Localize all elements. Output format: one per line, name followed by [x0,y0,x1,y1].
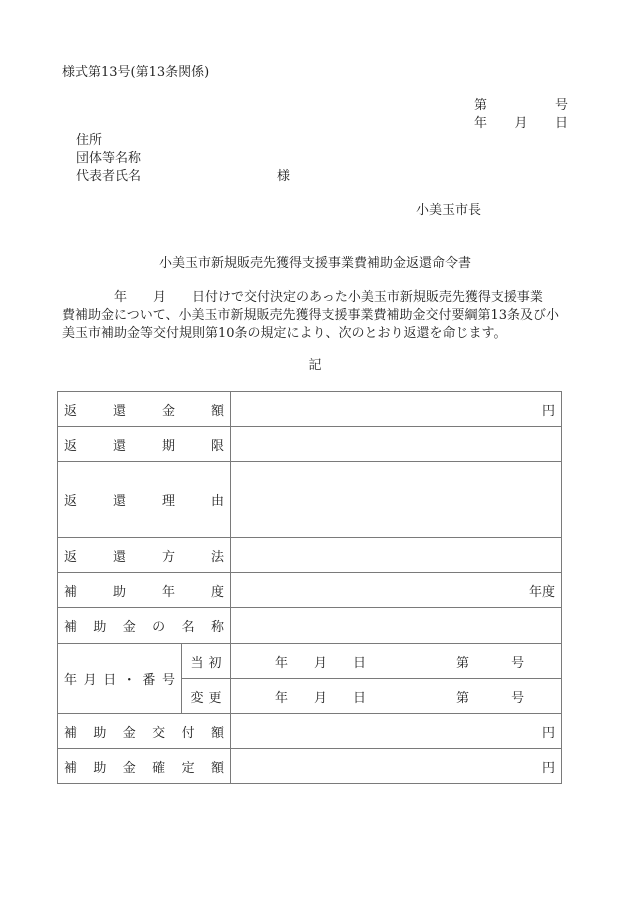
label-char: 助 [93,722,106,741]
label-char: 補 [64,757,77,776]
table-row: 返還理由 [58,462,562,538]
value-field[interactable] [231,538,562,573]
date-month: 月 [314,652,327,671]
label-char: 限 [211,435,224,454]
label-char: 金 [162,400,175,419]
label-char: 名 [182,616,195,635]
unit-text: 円 [542,404,555,419]
honorific: 様 [277,169,290,185]
label-char: 号 [162,669,175,688]
label-char: 定 [182,757,195,776]
label-char: 金 [123,616,136,635]
label-char: 返 [64,435,77,454]
row-label: 補助金確定額 [58,749,231,784]
ref-no-suffix: 号 [555,98,568,114]
table-row: 年月日・番号当初年月日第号 [58,644,562,679]
organization-label: 団体等名称 [76,151,141,167]
label-char: ・ [123,669,136,688]
label-char: 確 [152,757,165,776]
label-char: 交 [152,722,165,741]
label-char: 返 [64,490,77,509]
table-row: 返還方法 [58,538,562,573]
row-label: 補助年度 [58,573,231,608]
value-field[interactable]: 円 [231,714,562,749]
label-char: 年 [64,669,77,688]
row-label: 年月日・番号 [58,644,182,714]
label-char: 補 [64,581,77,600]
sub-row-label: 変更 [182,679,231,714]
unit-text: 円 [542,761,555,776]
label-char: 変 [190,687,203,706]
date-number-field[interactable]: 年月日第号 [231,679,562,714]
row-label: 返還期限 [58,427,231,462]
label-char: 日 [103,669,116,688]
label-char: の [152,616,165,635]
row-label: 返還金額 [58,392,231,427]
label-char: 理 [162,490,175,509]
label-char: 番 [142,669,155,688]
reference-number: 第 号 [474,98,568,114]
label-char: 還 [113,546,126,565]
table-row: 補助年度年度 [58,573,562,608]
label-char: 金 [123,722,136,741]
label-char: 称 [211,616,224,635]
date-day: 日 [353,652,366,671]
ref-no-prefix: 第 [474,98,487,114]
unit-text: 年度 [529,585,555,600]
form-number: 様式第13号(第13条関係) [62,65,209,81]
address-label: 住所 [76,133,102,149]
table-row: 補助金の名称 [58,608,562,644]
ref-date-day: 日 [555,116,568,132]
label-char: 額 [211,400,224,419]
row-label: 返還理由 [58,462,231,538]
number-suffix: 号 [511,687,524,706]
label-char: 額 [211,722,224,741]
value-field[interactable]: 円 [231,749,562,784]
label-char: 金 [123,757,136,776]
number-prefix: 第 [456,652,469,671]
representative-label: 代表者氏名 [76,169,141,185]
label-char: 補 [64,616,77,635]
date-month: 月 [314,687,327,706]
label-char: 返 [64,400,77,419]
row-label: 補助金交付額 [58,714,231,749]
ref-date-year: 年 [474,116,487,132]
unit-text: 円 [542,726,555,741]
number-prefix: 第 [456,687,469,706]
table-row: 返還金額円 [58,392,562,427]
label-char: 当 [190,652,203,671]
label-char: 補 [64,722,77,741]
label-char: 助 [93,757,106,776]
label-char: 還 [113,400,126,419]
label-char: 初 [208,652,221,671]
label-char: 助 [113,581,126,600]
label-char: 返 [64,546,77,565]
label-char: 年 [162,581,175,600]
value-field[interactable]: 円 [231,392,562,427]
sub-row-label: 当初 [182,644,231,679]
date-number-field[interactable]: 年月日第号 [231,644,562,679]
issuer: 小美玉市長 [416,203,481,219]
value-field[interactable] [231,427,562,462]
date-year: 年 [275,652,288,671]
body-line: 年 月 日付けで交付決定のあった小美玉市新規販売先獲得支援事業 [62,289,572,307]
label-char: 額 [211,757,224,776]
table-row: 返還期限 [58,427,562,462]
label-char: 方 [162,546,175,565]
date-year: 年 [275,687,288,706]
row-label: 補助金の名称 [58,608,231,644]
label-char: 還 [113,490,126,509]
body-paragraph: 年 月 日付けで交付決定のあった小美玉市新規販売先獲得支援事業 費補助金について… [62,289,572,343]
ref-date-month: 月 [514,116,527,132]
label-char: 法 [211,546,224,565]
value-field[interactable] [231,608,562,644]
value-field[interactable]: 年度 [231,573,562,608]
label-char: 度 [211,581,224,600]
number-suffix: 号 [511,652,524,671]
document-title: 小美玉市新規販売先獲得支援事業費補助金返還命令書 [0,256,630,272]
refund-details-table: 返還金額円返還期限返還理由返還方法補助年度年度補助金の名称年月日・番号当初年月日… [57,391,562,784]
label-char: 月 [84,669,97,688]
date-day: 日 [353,687,366,706]
label-char: 更 [208,687,221,706]
reference-date: 年 月 日 [474,116,568,132]
ki-heading: 記 [0,358,630,374]
label-char: 由 [211,490,224,509]
label-char: 付 [182,722,195,741]
label-char: 助 [93,616,106,635]
row-label: 返還方法 [58,538,231,573]
body-line: 費補助金について、小美玉市新規販売先獲得支援事業費補助金交付要綱第13条及び小 [62,307,572,325]
table-row: 補助金確定額円 [58,749,562,784]
label-char: 還 [113,435,126,454]
body-line: 美玉市補助金等交付規則第10条の規定により、次のとおり返還を命じます。 [62,325,572,343]
label-char: 期 [162,435,175,454]
value-field[interactable] [231,462,562,538]
table-row: 補助金交付額円 [58,714,562,749]
